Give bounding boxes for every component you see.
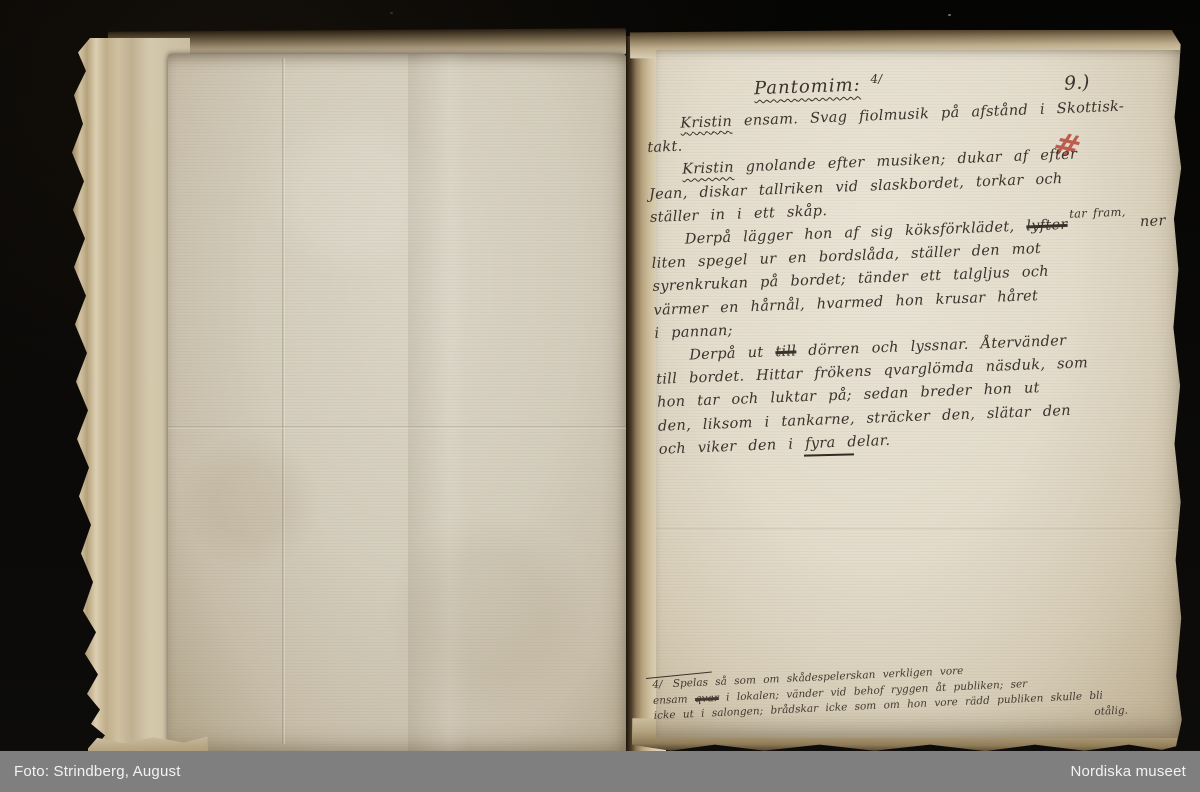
dust-speck	[948, 14, 951, 16]
left-page-sheet	[168, 54, 626, 754]
handwritten-text: i pannan;	[654, 323, 733, 342]
wavy-underlined-text: Kristin	[682, 160, 734, 178]
right-page: Pantomim:4/ 9.) # Kristin ensam. Svag fi…	[626, 30, 1184, 756]
struck-out-text: lyfter	[1026, 217, 1068, 235]
handwritten-text: ner en	[1128, 212, 1197, 231]
caption-bar: Foto: Strindberg, August Nordiska museet	[0, 751, 1200, 792]
left-page-age-stains	[168, 54, 626, 754]
struck-out-text: till	[775, 343, 797, 360]
manuscript-title-row: Pantomim:4/	[754, 74, 883, 99]
page-number: 9.)	[1063, 71, 1090, 95]
manuscript-photograph: Pantomim:4/ 9.) # Kristin ensam. Svag fi…	[0, 0, 1200, 792]
dust-speck	[390, 12, 393, 14]
inserted-correction-text: tar fram,	[1069, 201, 1126, 226]
right-page-crease	[656, 528, 1182, 531]
manuscript-body-text: Kristin ensam. Svag fiolmusik på afstånd…	[646, 94, 1167, 461]
left-page-paper-texture	[168, 54, 626, 754]
handwritten-text: ställer in i ett skåp.	[650, 203, 828, 226]
photo-credit: Foto: Strindberg, August	[14, 763, 181, 780]
museum-name: Nordiska museet	[1070, 763, 1186, 780]
struck-out-text: qvar	[695, 691, 719, 704]
handwritten-text: otålig.	[1094, 704, 1128, 718]
manuscript-title: Pantomim:	[754, 75, 861, 100]
wavy-underlined-text: Kristin	[680, 114, 732, 132]
handwritten-text: Derpå ut	[689, 344, 776, 363]
footnote-marker: 4/	[652, 678, 666, 691]
left-page-horizontal-crease	[168, 426, 626, 429]
handwritten-text: takt.	[647, 139, 683, 156]
left-page-fold-tone	[408, 54, 468, 754]
handwritten-text: ensam	[653, 693, 695, 707]
handwritten-text: och viker den i fyra delar.	[659, 433, 891, 458]
left-page	[60, 28, 626, 758]
left-page-fold-crease	[282, 58, 285, 744]
footnote-reference-mark: 4/	[870, 72, 882, 86]
